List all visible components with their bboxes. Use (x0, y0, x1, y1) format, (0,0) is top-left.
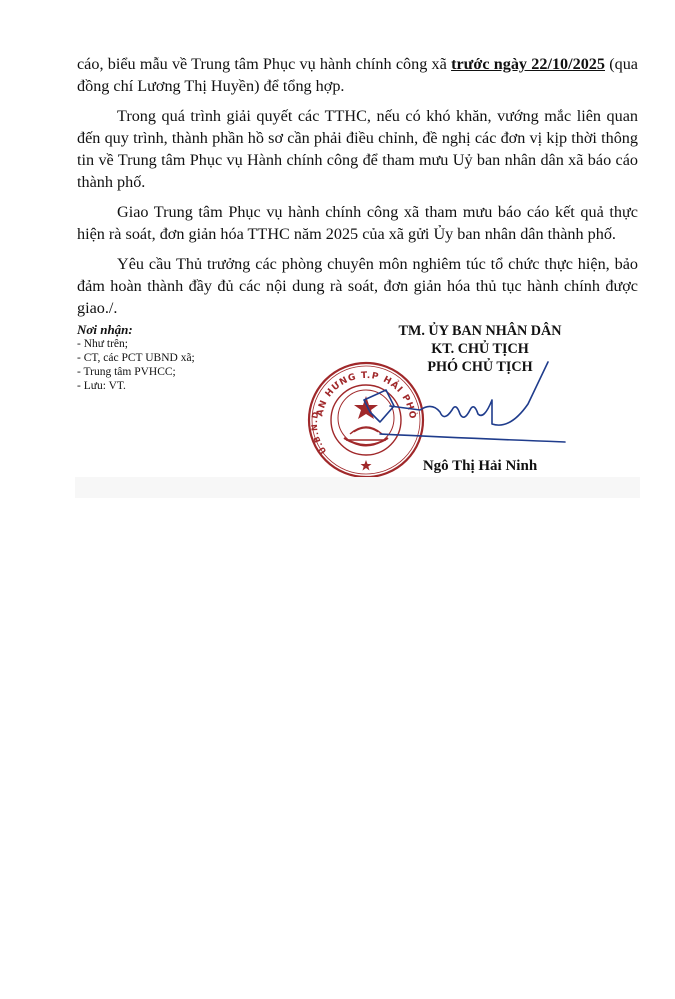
deadline-emphasis: trước ngày 22/10/2025 (451, 55, 605, 73)
signer-on-behalf: KT. CHỦ TỊCH (370, 340, 590, 358)
paragraph-continued: cáo, biểu mẫu về Trung tâm Phục vụ hành … (77, 53, 638, 97)
recipient-item: - CT, các PCT UBND xã; (77, 351, 297, 365)
recipient-item: - Trung tâm PVHCC; (77, 365, 297, 379)
recipients-block: Nơi nhận: - Như trên; - CT, các PCT UBND… (77, 322, 297, 393)
svg-text:U.B.N.D: U.B.N.D (310, 410, 328, 455)
paragraph-assignment: Giao Trung tâm Phục vụ hành chính công x… (77, 201, 638, 245)
paragraph-requirement: Yêu cầu Thủ trưởng các phòng chuyên môn … (77, 253, 638, 319)
recipient-item: - Lưu: VT. (77, 379, 297, 393)
paragraph-difficulties: Trong quá trình giải quyết các TTHC, nếu… (77, 105, 638, 193)
page-footer-band (75, 477, 640, 498)
document-body: cáo, biểu mẫu về Trung tâm Phục vụ hành … (77, 53, 638, 327)
handwritten-signature-icon (360, 360, 580, 470)
paragraph-text: cáo, biểu mẫu về Trung tâm Phục vụ hành … (77, 55, 451, 73)
recipient-item: - Như trên; (77, 337, 297, 351)
signer-name: Ngô Thị Hải Ninh (400, 458, 560, 475)
document-page: cáo, biểu mẫu về Trung tâm Phục vụ hành … (0, 0, 675, 999)
recipients-title: Nơi nhận: (77, 322, 297, 337)
signer-organization: TM. ỦY BAN NHÂN DÂN (370, 322, 590, 340)
